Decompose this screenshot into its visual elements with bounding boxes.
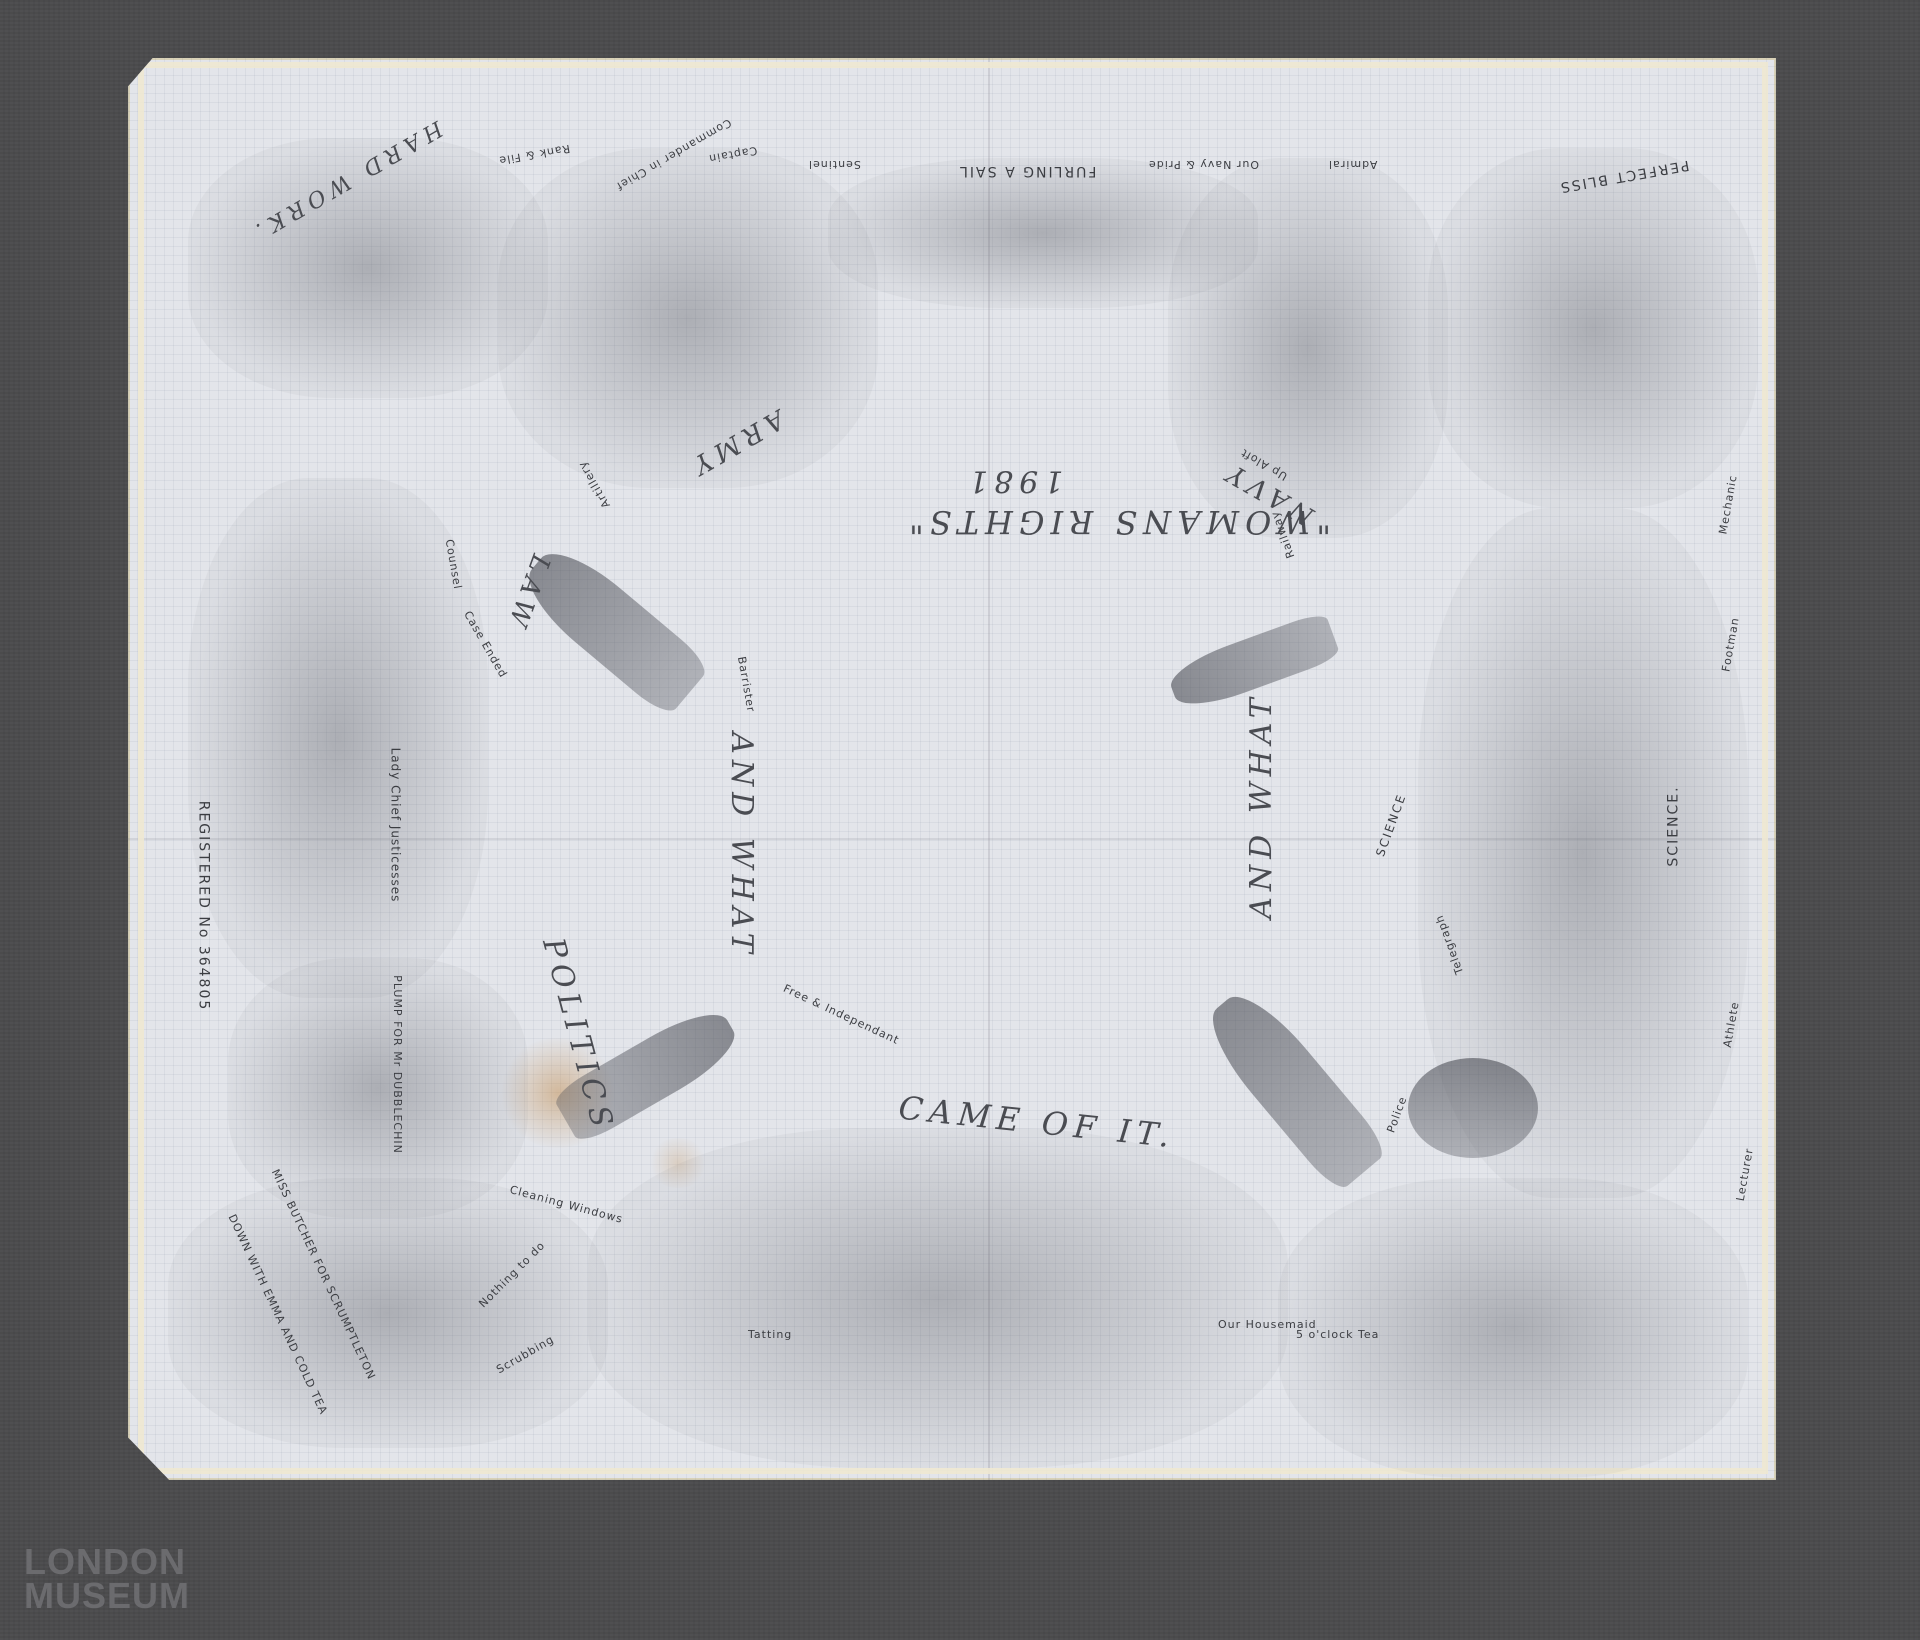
army-illustration (498, 148, 878, 488)
perfect-bliss-illustration (1428, 148, 1758, 508)
eagle-figure (1408, 1058, 1538, 1158)
laundry-illustration (588, 1128, 1288, 1468)
label-lady-chief-justicesses: Lady Chief Justicesses (388, 748, 402, 903)
label-our-navy-pride: Our Navy & Pride (1148, 158, 1259, 171)
label-sentinel: Sentinel (808, 158, 861, 171)
watermark-line1: LONDON (24, 1545, 190, 1579)
london-museum-watermark: LONDON MUSEUM (24, 1545, 190, 1613)
handkerchief: "WOMANS RIGHTS" 1981 AND WHAT AND WHAT C… (128, 58, 1776, 1480)
law-court-illustration (188, 478, 488, 998)
and-what-left: AND WHAT (724, 732, 759, 959)
watermark-line2: MUSEUM (24, 1579, 190, 1613)
title-year: 1981 (963, 463, 1063, 498)
heading-science: SCIENCE. (1666, 785, 1682, 866)
sign-plump: PLUMP FOR Mr DUBBLECHIN (391, 975, 404, 1154)
registration-number: REGISTERED No 364805 (195, 801, 211, 1012)
heading-furling-sail: FURLING A SAIL (958, 163, 1096, 179)
navy-illustration (1168, 158, 1448, 538)
label-tatting: Tatting (748, 1328, 792, 1341)
label-admiral: Admiral (1328, 158, 1377, 171)
and-what-right: AND WHAT (1244, 692, 1279, 919)
label-five-oclock-tea: 5 o'clock Tea (1296, 1328, 1379, 1341)
